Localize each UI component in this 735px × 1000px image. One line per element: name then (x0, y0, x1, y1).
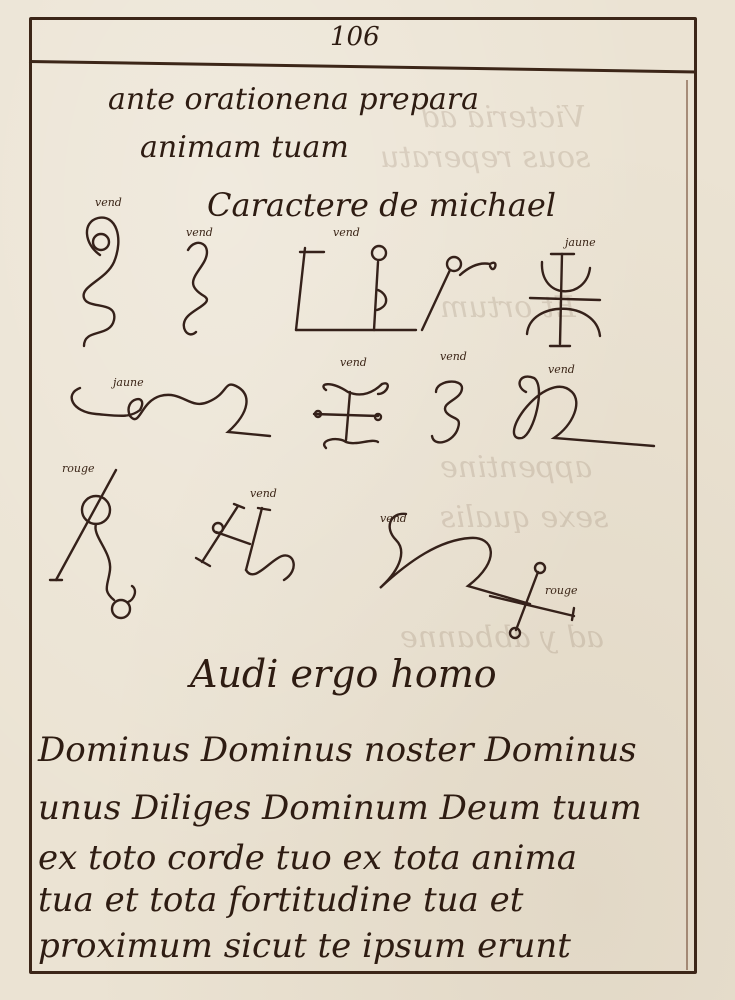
body-line: proximum sicut te ipsum erunt (38, 926, 571, 966)
sigil-1-icon (84, 218, 119, 346)
sigil-11-icon (380, 514, 530, 604)
sigil-12-icon (490, 563, 574, 638)
sigil-7-icon (432, 382, 462, 443)
sigil-6-icon (314, 383, 388, 448)
body-line: tua et tota fortitudine tua et (38, 880, 523, 920)
body-line: unus Diliges Dominum Deum tuum (38, 788, 642, 828)
sigil-2-icon (184, 243, 207, 335)
body-line: Dominus Dominus noster Dominus (38, 730, 637, 770)
sigil-4-icon (527, 254, 600, 346)
sigil-5-icon (72, 385, 270, 436)
sigil-9-icon (50, 470, 135, 618)
sigil-3-icon (296, 246, 495, 330)
sigil-10-icon (196, 504, 294, 580)
sigil-8-icon (514, 377, 654, 446)
body-line: ex toto corde tuo ex tota anima (38, 838, 577, 878)
subtitle: Audi ergo homo (190, 652, 497, 696)
